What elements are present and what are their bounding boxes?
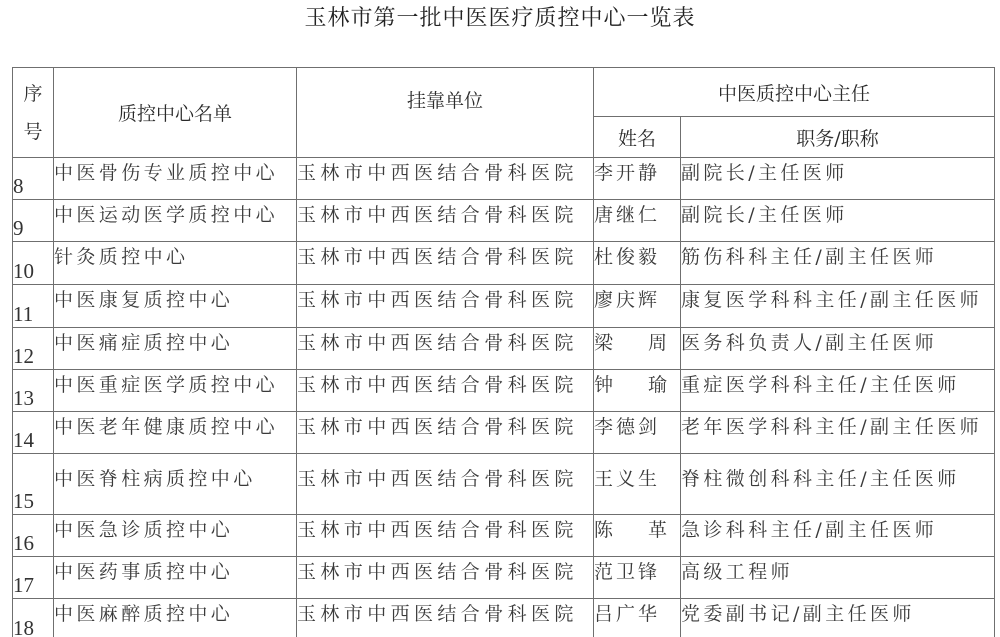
director-name-first: 梁 [594,328,618,355]
row-index: 18 [13,599,54,637]
table-row: 16 中医急诊质控中心 玉林市中西医结合骨科医院 陈革 急诊科科主任/副主任医师 [13,515,995,557]
director-title: 重症医学科科主任/主任医师 [681,370,995,412]
center-name: 中医骨伤专业质控中心 [54,158,297,200]
table-row: 18 中医麻醉质控中心 玉林市中西医结合骨科医院 吕广华 党委副书记/副主任医师 [13,599,995,637]
director-title: 副院长/主任医师 [681,158,995,200]
row-index: 8 [13,158,54,200]
host-unit: 玉林市中西医结合骨科医院 [297,242,594,285]
row-index: 16 [13,515,54,557]
director-title: 筋伤科科主任/副主任医师 [681,242,995,285]
table-row: 12 中医痛症质控中心 玉林市中西医结合骨科医院 梁周 医务科负责人/副主任医师 [13,328,995,370]
director-name: 王义生 [594,454,681,515]
header-center-name: 质控中心名单 [54,68,297,158]
host-unit: 玉林市中西医结合骨科医院 [297,412,594,454]
director-name-first: 陈 [594,515,618,542]
header-director-group: 中医质控中心主任 [594,68,995,117]
director-title: 副院长/主任医师 [681,200,995,242]
center-name: 中医老年健康质控中心 [54,412,297,454]
host-unit: 玉林市中西医结合骨科医院 [297,285,594,328]
director-name: 廖庆辉 [594,285,681,328]
host-unit: 玉林市中西医结合骨科医院 [297,599,594,637]
table-row: 8 中医骨伤专业质控中心 玉林市中西医结合骨科医院 李开静 副院长/主任医师 [13,158,995,200]
host-unit: 玉林市中西医结合骨科医院 [297,200,594,242]
director-title: 医务科负责人/副主任医师 [681,328,995,370]
director-title: 高级工程师 [681,557,995,599]
director-name-first: 钟 [594,370,618,397]
director-name-last: 瑜 [648,374,667,396]
director-name: 唐继仁 [594,200,681,242]
quality-control-center-table: 序 号 质控中心名单 挂靠单位 中医质控中心主任 姓名 职务/职称 8 中医骨伤… [12,67,995,637]
header-index-line-2: 号 [13,113,53,151]
director-title: 急诊科科主任/副主任医师 [681,515,995,557]
host-unit: 玉林市中西医结合骨科医院 [297,370,594,412]
row-index: 15 [13,454,54,515]
director-name: 梁周 [594,328,681,370]
host-unit: 玉林市中西医结合骨科医院 [297,454,594,515]
table-row: 13 中医重症医学质控中心 玉林市中西医结合骨科医院 钟瑜 重症医学科科主任/主… [13,370,995,412]
host-unit: 玉林市中西医结合骨科医院 [297,328,594,370]
center-name: 中医脊柱病质控中心 [54,454,297,515]
director-name: 杜俊毅 [594,242,681,285]
center-name: 针灸质控中心 [54,242,297,285]
director-name: 陈革 [594,515,681,557]
row-index: 11 [13,285,54,328]
center-name: 中医药事质控中心 [54,557,297,599]
director-name: 钟瑜 [594,370,681,412]
center-name: 中医痛症质控中心 [54,328,297,370]
row-index: 13 [13,370,54,412]
row-index: 12 [13,328,54,370]
header-index-line-1: 序 [13,75,53,113]
table-row: 14 中医老年健康质控中心 玉林市中西医结合骨科医院 李德剑 老年医学科科主任/… [13,412,995,454]
director-title: 老年医学科科主任/副主任医师 [681,412,995,454]
header-index: 序 号 [13,68,54,158]
director-title: 脊柱微创科科主任/主任医师 [681,454,995,515]
center-name: 中医急诊质控中心 [54,515,297,557]
row-index: 14 [13,412,54,454]
center-name: 中医麻醉质控中心 [54,599,297,637]
header-director-name: 姓名 [594,117,681,158]
center-name: 中医重症医学质控中心 [54,370,297,412]
table-row: 10 针灸质控中心 玉林市中西医结合骨科医院 杜俊毅 筋伤科科主任/副主任医师 [13,242,995,285]
center-name: 中医康复质控中心 [54,285,297,328]
row-index: 9 [13,200,54,242]
host-unit: 玉林市中西医结合骨科医院 [297,557,594,599]
header-director-title: 职务/职称 [681,117,995,158]
table-row: 9 中医运动医学质控中心 玉林市中西医结合骨科医院 唐继仁 副院长/主任医师 [13,200,995,242]
row-index: 17 [13,557,54,599]
director-name: 李德剑 [594,412,681,454]
center-name: 中医运动医学质控中心 [54,200,297,242]
director-title: 党委副书记/副主任医师 [681,599,995,637]
director-name-last: 周 [648,332,667,354]
header-unit: 挂靠单位 [297,68,594,158]
host-unit: 玉林市中西医结合骨科医院 [297,158,594,200]
table-row: 15 中医脊柱病质控中心 玉林市中西医结合骨科医院 王义生 脊柱微创科科主任/主… [13,454,995,515]
director-name-last: 革 [648,519,667,541]
row-index: 10 [13,242,54,285]
host-unit: 玉林市中西医结合骨科医院 [297,515,594,557]
director-title: 康复医学科科主任/副主任医师 [681,285,995,328]
table-row: 17 中医药事质控中心 玉林市中西医结合骨科医院 范卫锋 高级工程师 [13,557,995,599]
table-row: 11 中医康复质控中心 玉林市中西医结合骨科医院 廖庆辉 康复医学科科主任/副主… [13,285,995,328]
director-name: 范卫锋 [594,557,681,599]
document-title: 玉林市第一批中医医疗质控中心一览表 [0,4,1000,34]
director-name: 李开静 [594,158,681,200]
director-name: 吕广华 [594,599,681,637]
